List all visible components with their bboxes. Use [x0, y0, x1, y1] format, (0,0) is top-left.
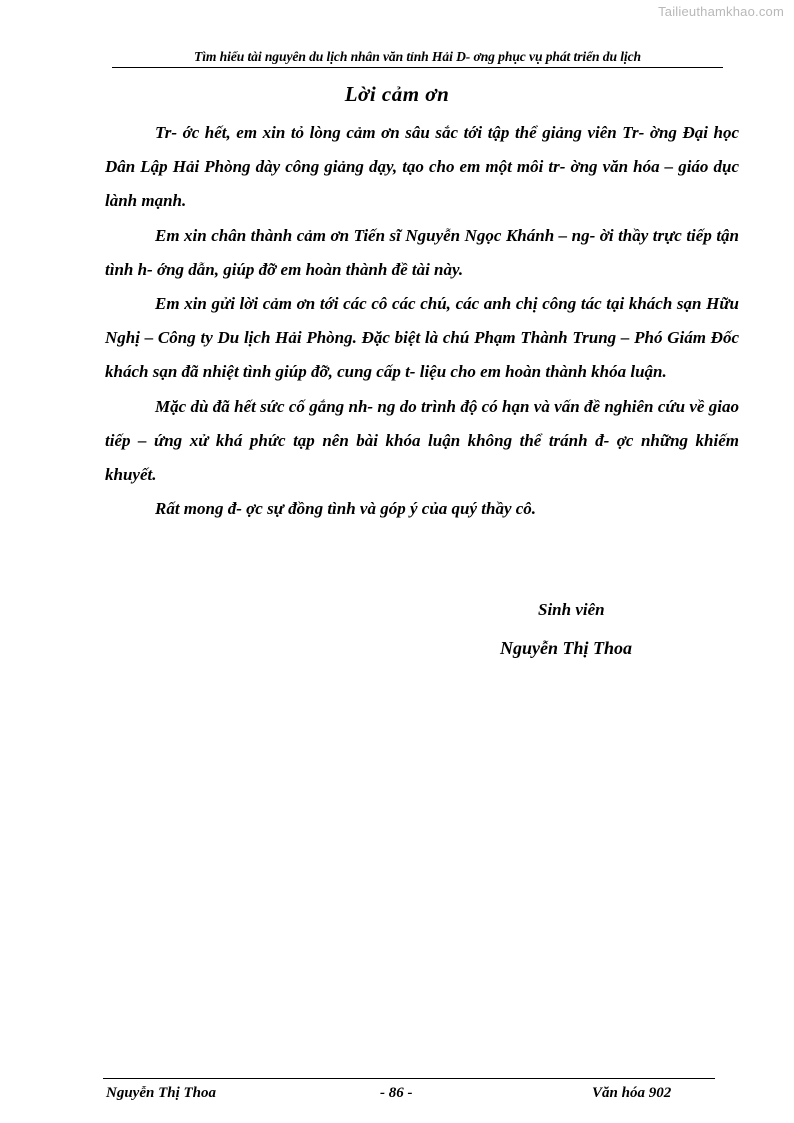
footer-divider — [103, 1078, 715, 1079]
signature-name: Nguyễn Thị Thoa — [500, 636, 632, 660]
running-header: Tìm hiểu tài nguyên du lịch nhân văn tỉn… — [112, 48, 723, 68]
page-title: Lời cảm ơn — [0, 80, 794, 108]
paragraph: Mặc dù đã hết sức cố gắng nh- ng do trìn… — [105, 390, 739, 493]
paragraph: Tr- ớc hết, em xin tỏ lòng cảm ơn sâu sắ… — [105, 116, 739, 219]
paragraph: Em xin gửi lời cảm ơn tới các cô các chú… — [105, 287, 739, 390]
paragraph: Em xin chân thành cảm ơn Tiến sĩ Nguyễn … — [105, 219, 739, 287]
paragraph: Rất mong đ- ợc sự đồng tình và góp ý của… — [105, 492, 739, 526]
footer-class: Văn hóa 902 — [592, 1083, 671, 1103]
body-text: Tr- ớc hết, em xin tỏ lòng cảm ơn sâu sắ… — [105, 116, 739, 526]
watermark: Tailieuthamkhao.com — [658, 4, 784, 19]
page-number: - 86 - — [380, 1083, 413, 1103]
footer-author: Nguyễn Thị Thoa — [106, 1083, 216, 1103]
signature-role: Sinh viên — [538, 598, 605, 622]
page-footer: Nguyễn Thị Thoa - 86 - Văn hóa 902 — [103, 1083, 715, 1105]
